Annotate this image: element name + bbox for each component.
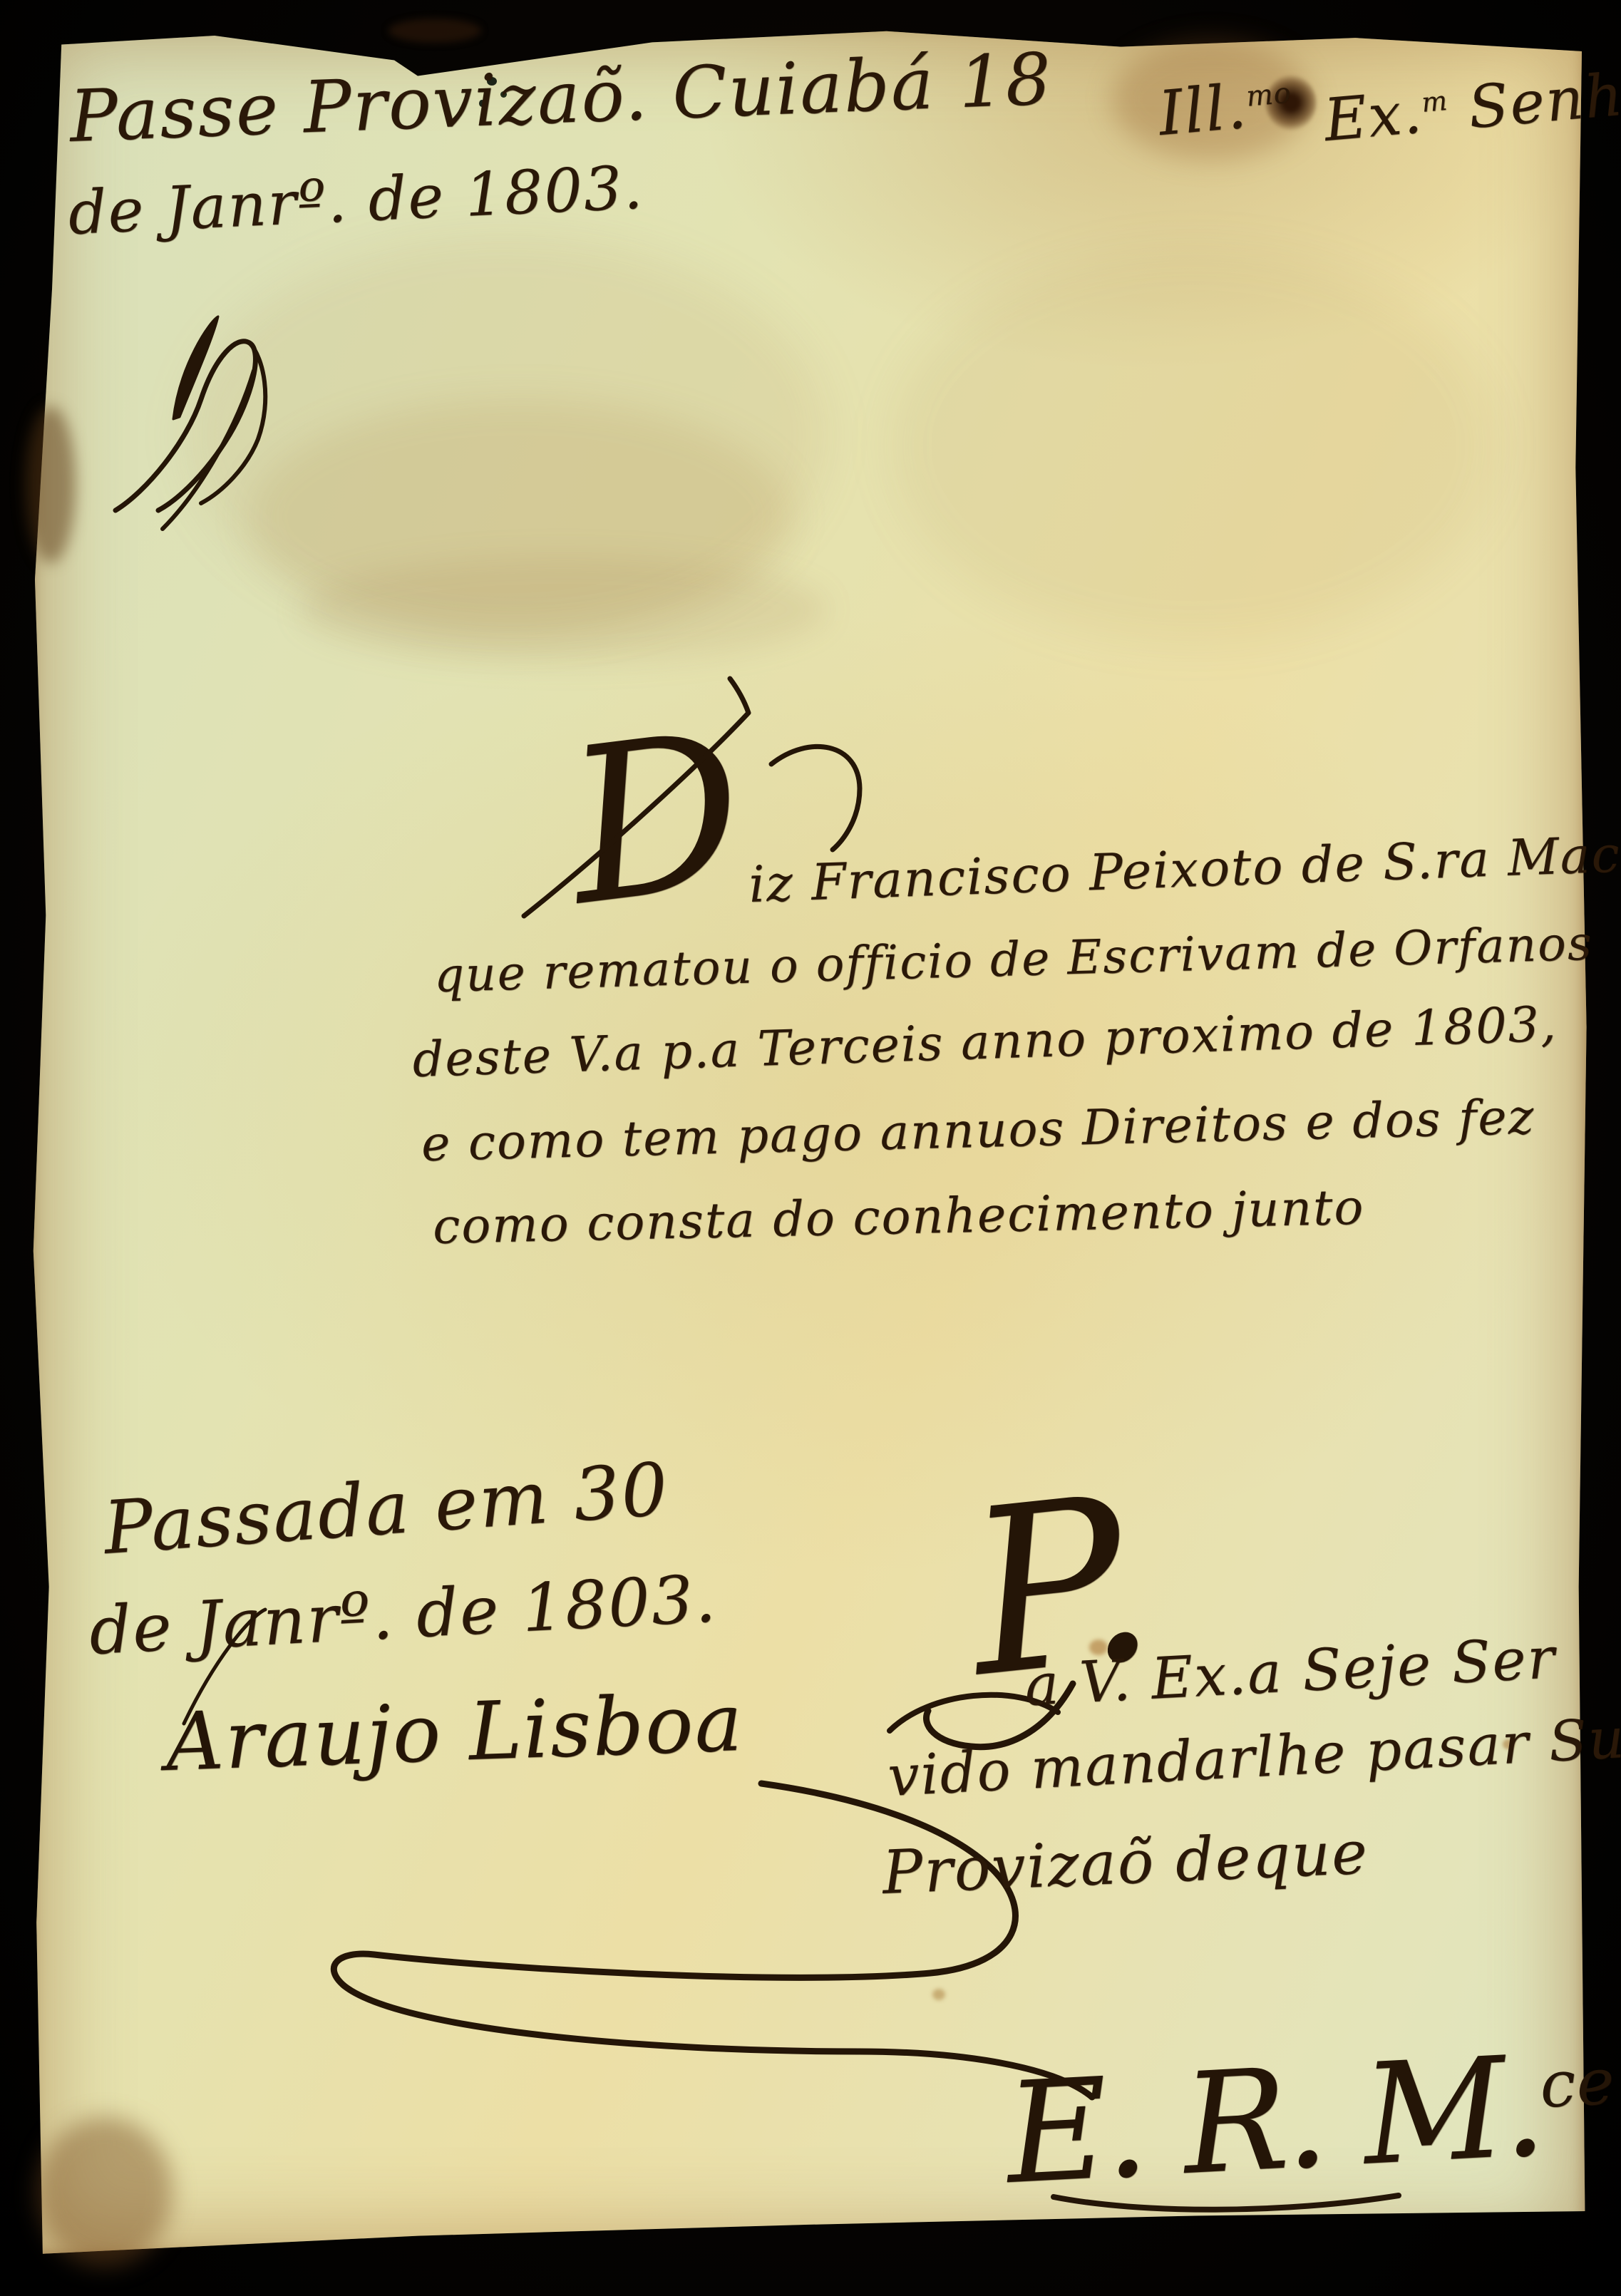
closing-superscript: ce bbox=[1538, 2044, 1617, 2122]
addressee-ill-superscript: mo bbox=[1245, 76, 1292, 113]
addressee-ex-superscript: m bbox=[1420, 85, 1448, 118]
addressee-ex-base: Ex. bbox=[1322, 78, 1426, 155]
addressee-illmo: Ill.mo bbox=[1156, 67, 1295, 150]
closing-letters: E. R. M. bbox=[1002, 2025, 1545, 2215]
petition-initial-letter: D bbox=[555, 685, 757, 953]
edge-burn-mark bbox=[388, 19, 481, 43]
closing-formula: E. R. M.ce.. bbox=[1002, 2019, 1621, 2215]
photo-background: Passe Provizaõ. Cuiabá 18 de Janrº. de 1… bbox=[0, 0, 1621, 2296]
closing-dots: .. bbox=[1615, 2091, 1621, 2165]
addressee-ill-base: Ill. bbox=[1156, 71, 1250, 150]
